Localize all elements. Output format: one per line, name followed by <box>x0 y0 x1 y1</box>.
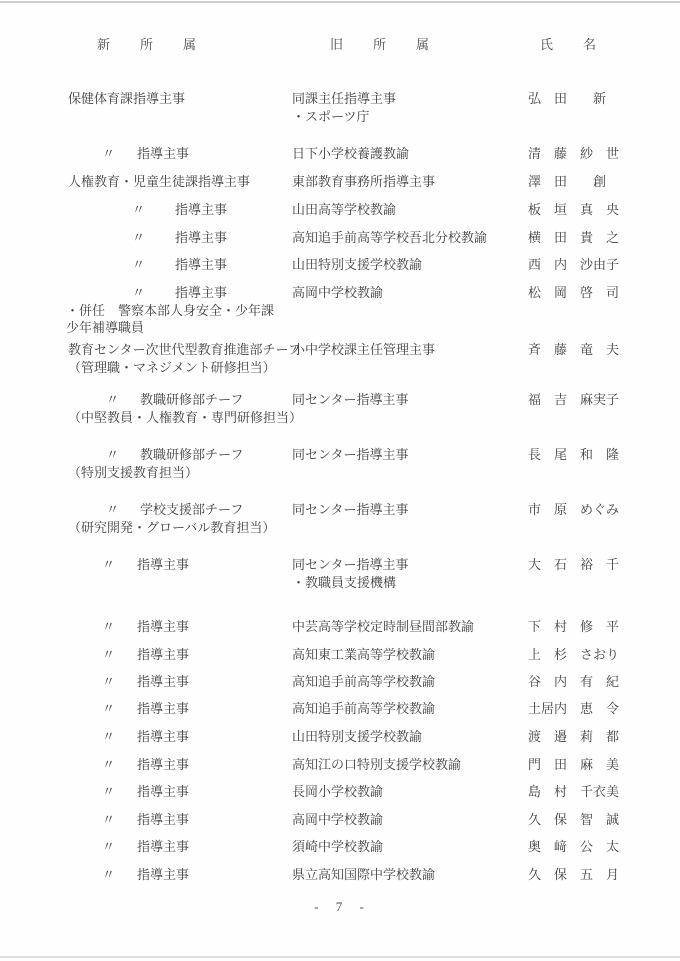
old-post-cell: 東部教育事務所指導主事 <box>292 173 435 190</box>
new-post-cell: 学校支援部チーフ <box>140 501 243 518</box>
name-cell: 渡 邉 莉 都 <box>528 728 619 745</box>
ditto-mark: 〃 <box>102 673 115 690</box>
name-cell: 下 村 修 平 <box>528 618 619 635</box>
name-cell: 弘 田 新 <box>528 90 606 107</box>
old-post-cell: 同センター指導主事 <box>292 446 408 463</box>
ditto-mark: 〃 <box>132 256 145 273</box>
old-post-cell: 高岡中学校教諭 <box>292 811 383 828</box>
ditto-mark: 〃 <box>132 201 145 218</box>
column-header-new-post: 新所属 <box>97 36 226 53</box>
old-post-cell: 同課主任指導主事 <box>292 90 396 107</box>
new-post-cell: 指導主事 <box>137 866 189 883</box>
old-post-cell: 高岡中学校教諭 <box>292 284 383 301</box>
ditto-mark: 〃 <box>106 501 119 518</box>
old-post-cell: 高知東工業高等学校教諭 <box>292 646 435 663</box>
new-post-cell: 保健体育課指導主事 <box>68 90 185 107</box>
old-post-cell: 高知追手前高等学校吾北分校教諭 <box>292 229 487 246</box>
name-cell: 土居内 恵 令 <box>528 700 619 717</box>
ditto-mark: 〃 <box>102 756 115 773</box>
new-post-cell: 指導主事 <box>137 673 189 690</box>
new-post-cell-line2: （中堅教員・人権教育・専門研修担当） <box>68 409 302 426</box>
ditto-mark: 〃 <box>102 618 115 635</box>
ditto-mark: 〃 <box>102 556 115 573</box>
new-post-cell: 指導主事 <box>137 145 189 162</box>
new-post-cell-line2: （研究開発・グローバル教育担当） <box>68 519 275 536</box>
ditto-mark: 〃 <box>102 811 115 828</box>
old-post-cell: 山田特別支援学校教諭 <box>292 728 422 745</box>
new-post-cell: 指導主事 <box>137 646 189 663</box>
ditto-mark: 〃 <box>102 728 115 745</box>
old-post-cell: 須崎中学校教諭 <box>292 838 383 855</box>
name-cell: 久 保 智 誠 <box>528 811 619 828</box>
new-post-cell: 指導主事 <box>137 556 189 573</box>
old-post-cell: 小中学校課主任管理主事 <box>292 341 435 358</box>
new-post-cell-line2: ・併任 警察本部人身安全・少年課 <box>66 302 274 319</box>
name-cell: 大 石 裕 千 <box>528 556 619 573</box>
old-post-cell-line2: ・スポーツ庁 <box>292 108 369 125</box>
new-post-cell: 教職研修部チーフ <box>140 391 243 408</box>
ditto-mark: 〃 <box>132 229 145 246</box>
column-header-name: 氏名 <box>540 36 626 53</box>
old-post-cell: 高知江の口特別支援学校教諭 <box>292 756 461 773</box>
ditto-mark: 〃 <box>106 391 119 408</box>
new-post-cell-line2: （特別支援教育担当） <box>68 464 198 481</box>
name-cell: 上 杉 さおり <box>528 646 619 663</box>
new-post-cell: 指導主事 <box>137 756 189 773</box>
scan-edge-top <box>0 1 680 3</box>
name-cell: 奥 﨑 公 太 <box>528 838 619 855</box>
old-post-cell: 日下小学校養護教諭 <box>292 145 409 162</box>
ditto-mark: 〃 <box>102 866 115 883</box>
ditto-mark: 〃 <box>102 145 115 162</box>
name-cell: 長 尾 和 隆 <box>528 446 619 463</box>
column-header-old-post: 旧所属 <box>330 36 459 53</box>
ditto-mark: 〃 <box>102 783 115 800</box>
page-number: - 7 - <box>0 898 680 915</box>
name-cell: 門 田 麻 美 <box>528 756 619 773</box>
new-post-cell: 指導主事 <box>175 284 227 301</box>
name-cell: 斉 藤 竜 夫 <box>528 341 619 358</box>
ditto-mark: 〃 <box>132 284 145 301</box>
old-post-cell-line2: ・教職員支援機構 <box>292 574 396 591</box>
new-post-cell: 指導主事 <box>137 811 189 828</box>
old-post-cell: 同センター指導主事 <box>292 391 408 408</box>
old-post-cell: 山田高等学校教諭 <box>292 201 396 218</box>
new-post-cell: 指導主事 <box>175 229 227 246</box>
personnel-transfer-document-page: 新所属 旧所属 氏名 保健体育課指導主事 同課主任指導主事 ・スポーツ庁 弘 田… <box>0 0 680 961</box>
new-post-cell: 指導主事 <box>137 700 189 717</box>
name-cell: 松 岡 啓 司 <box>528 284 619 301</box>
old-post-cell: 県立高知国際中学校教諭 <box>292 866 435 883</box>
scan-edge-bottom <box>0 956 680 958</box>
new-post-cell: 指導主事 <box>175 201 227 218</box>
ditto-mark: 〃 <box>102 700 115 717</box>
old-post-cell: 山田特別支援学校教諭 <box>292 256 422 273</box>
new-post-cell-line2: （管理職・マネジメント研修担当） <box>68 359 276 376</box>
old-post-cell: 同センター指導主事 <box>292 556 408 573</box>
name-cell: 谷 内 有 紀 <box>528 673 619 690</box>
name-cell: 島 村 千衣美 <box>528 783 619 800</box>
new-post-cell: 人権教育・児童生徒課指導主事 <box>68 173 250 190</box>
old-post-cell: 同センター指導主事 <box>292 501 408 518</box>
old-post-cell: 高知追手前高等学校教諭 <box>292 700 435 717</box>
name-cell: 澤 田 創 <box>528 173 606 190</box>
old-post-cell: 長岡小学校教諭 <box>292 783 383 800</box>
name-cell: 西 内 沙由子 <box>528 256 619 273</box>
new-post-cell: 指導主事 <box>137 618 189 635</box>
new-post-cell: 指導主事 <box>175 256 227 273</box>
ditto-mark: 〃 <box>102 838 115 855</box>
old-post-cell: 中芸高等学校定時制昼間部教諭 <box>292 618 474 635</box>
name-cell: 福 吉 麻実子 <box>528 391 619 408</box>
new-post-cell: 教育センター次世代型教育推進部チーフ <box>68 341 301 358</box>
new-post-cell: 指導主事 <box>137 783 189 800</box>
new-post-cell: 指導主事 <box>137 838 189 855</box>
name-cell: 清 藤 紗 世 <box>528 145 619 162</box>
name-cell: 久 保 五 月 <box>528 866 619 883</box>
ditto-mark: 〃 <box>106 446 119 463</box>
name-cell: 市 原 めぐみ <box>528 501 619 518</box>
new-post-cell-line3: 少年補導職員 <box>66 319 144 336</box>
new-post-cell: 教職研修部チーフ <box>140 446 243 463</box>
name-cell: 横 田 貴 之 <box>528 229 619 246</box>
old-post-cell: 高知追手前高等学校教諭 <box>292 673 435 690</box>
name-cell: 板 垣 真 央 <box>528 201 619 218</box>
new-post-cell: 指導主事 <box>137 728 189 745</box>
ditto-mark: 〃 <box>102 646 115 663</box>
